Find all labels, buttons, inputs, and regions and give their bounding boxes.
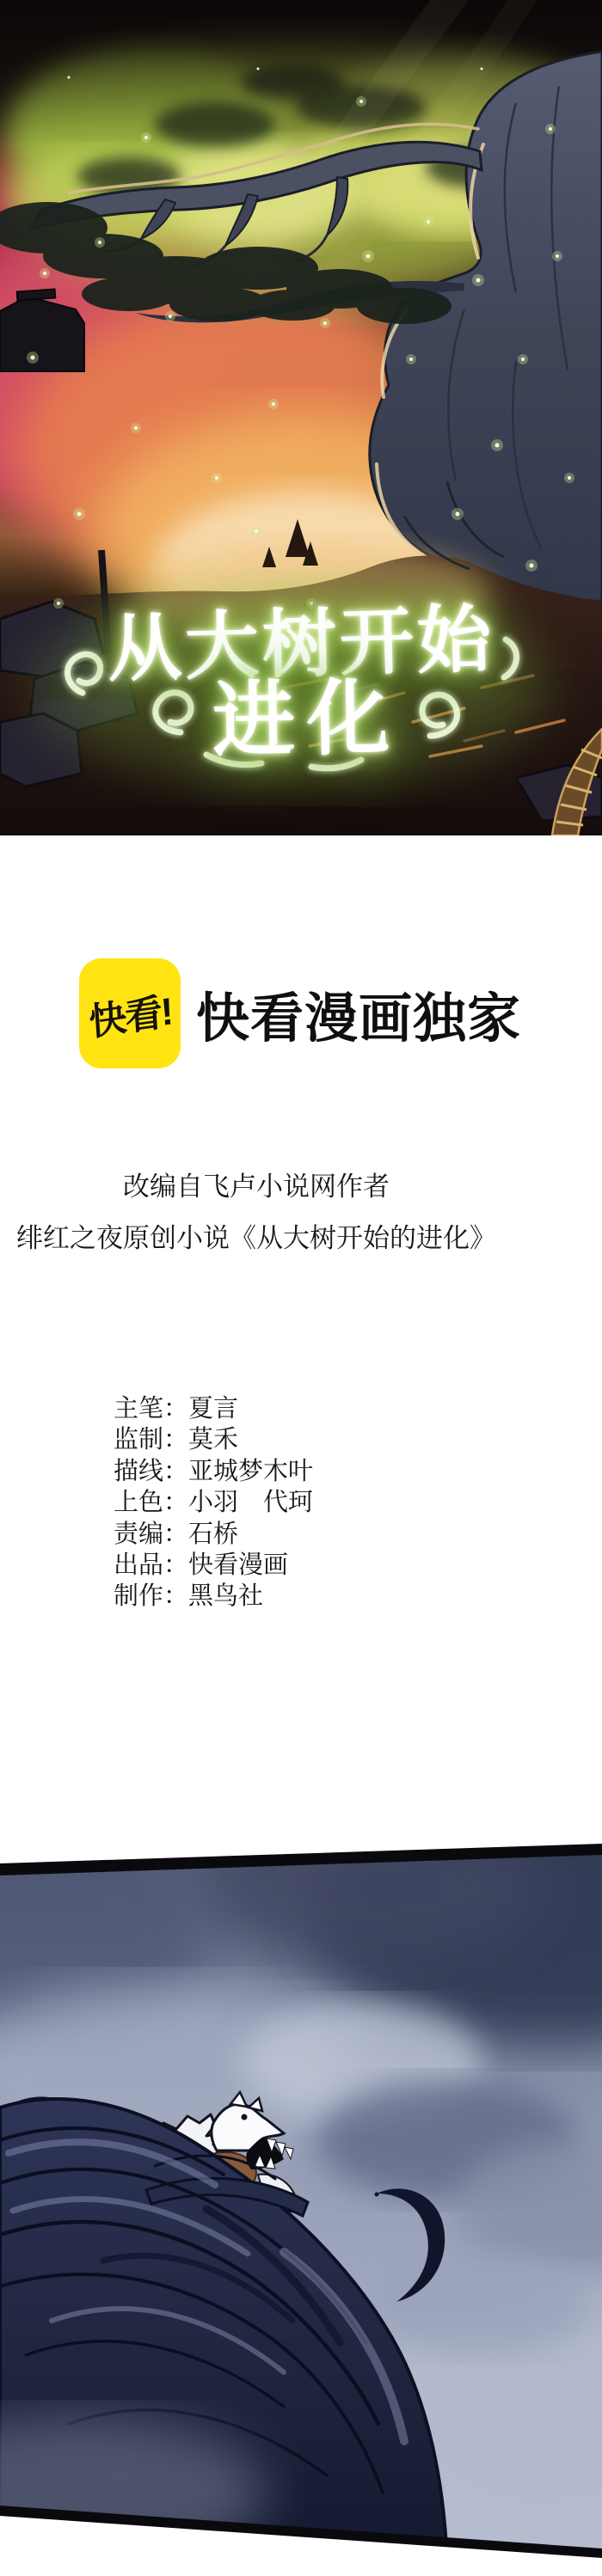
- adaptation-note: 改编自飞卢小说网作者 绯红之夜原创小说《从大树开始的进化》: [0, 1161, 513, 1264]
- cover-panel: 从大树开始 进化: [0, 0, 602, 835]
- credit-row: 责编：石桥: [114, 1519, 313, 1550]
- kuaikan-logo-text: 快看!: [87, 980, 173, 1046]
- adaptation-line2: 绯红之夜原创小说《从大树开始的进化》: [0, 1213, 513, 1264]
- credit-row: 制作：黑鸟社: [114, 1581, 313, 1612]
- credit-row: 出品：快看漫画: [114, 1550, 313, 1581]
- kuaikan-logo-icon: 快看!: [79, 958, 181, 1068]
- comic-panel: [0, 1805, 602, 2576]
- comic-page: 从大树开始 进化 快看! 快看漫画独家 改编自飞卢小说网作者 绯红之夜原创小说《…: [0, 0, 602, 2576]
- credits-list: 主笔：夏言 监制：莫禾 描线：亚城梦木叶 上色：小羽 代珂 责编：石桥 出品：快…: [114, 1393, 313, 1612]
- credit-row: 主笔：夏言: [114, 1393, 313, 1424]
- cover-title-line2: 进化: [0, 672, 602, 768]
- adaptation-line1: 改编自飞卢小说网作者: [0, 1161, 513, 1213]
- credit-row: 上色：小羽 代珂: [114, 1487, 313, 1518]
- comic-panel-art: [0, 1805, 602, 2576]
- cover-title: 从大树开始 进化: [0, 600, 602, 763]
- publisher-block: 快看! 快看漫画独家: [0, 958, 602, 1068]
- publisher-brand-text: 快看漫画独家: [196, 958, 521, 1068]
- credit-row: 描线：亚城梦木叶: [114, 1456, 313, 1487]
- credit-row: 监制：莫禾: [114, 1424, 313, 1455]
